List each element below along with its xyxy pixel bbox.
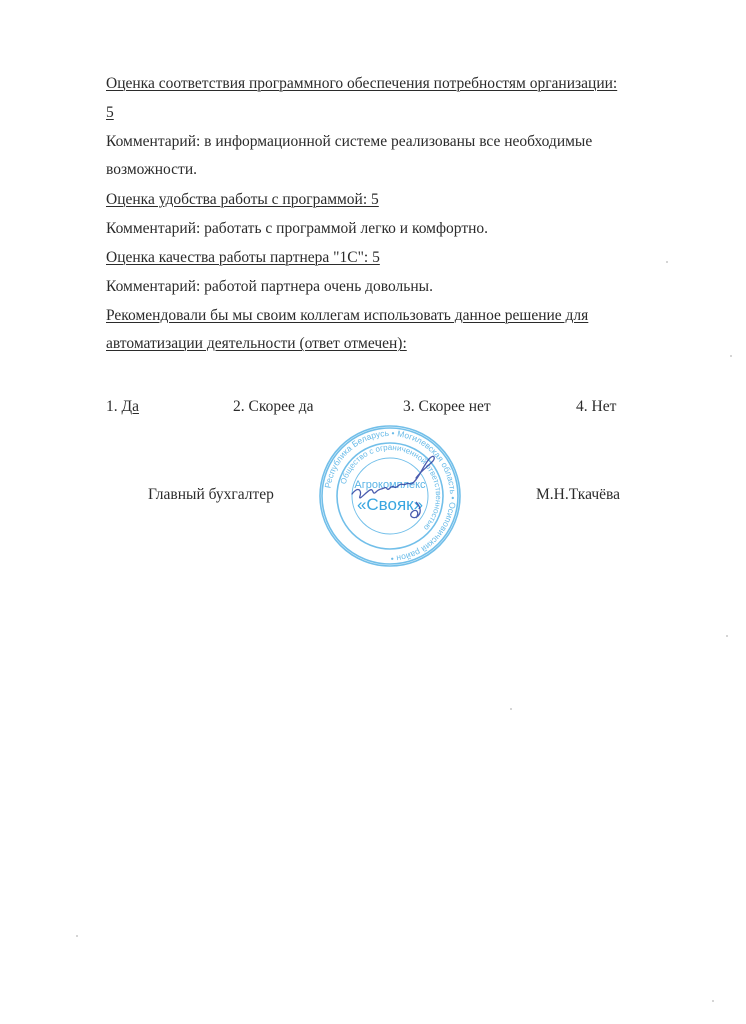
answer-option-1: 1. Да (106, 397, 139, 417)
scan-speck (666, 261, 668, 263)
scan-speck (510, 708, 512, 710)
answer-selected: Да (122, 398, 139, 415)
q4-heading-line1: Рекомендовали бы мы своим коллегам испол… (106, 306, 588, 326)
scan-speck (730, 355, 732, 357)
q4-heading-line2: автоматизации деятельности (ответ отмече… (106, 334, 407, 354)
stamp-seal-icon: Республика Беларусь • Могилевская област… (318, 424, 462, 568)
q2-comment: Комментарий: работать с программой легко… (106, 219, 488, 239)
q3-heading: Оценка качества работы партнера "1С": 5 (106, 248, 380, 268)
q1-comment-cont: возможности. (106, 160, 197, 180)
scan-speck (712, 1000, 714, 1002)
q2-heading: Оценка удобства работы с программой: 5 (106, 190, 379, 210)
signature-name: М.Н.Ткачёва (536, 485, 620, 505)
scan-speck (726, 635, 728, 637)
q1-heading: Оценка соответствия программного обеспеч… (106, 74, 617, 94)
q3-comment: Комментарий: работой партнера очень дово… (106, 277, 433, 297)
answer-option-2: 2. Скорее да (233, 397, 313, 417)
q1-score: 5 (106, 103, 114, 123)
answer-option-3: 3. Скорее нет (403, 397, 491, 417)
q1-comment: Комментарий: в информационной системе ре… (106, 132, 592, 152)
company-stamp: Республика Беларусь • Могилевская област… (318, 424, 462, 568)
answer-option-4: 4. Нет (576, 397, 616, 417)
document-page: Оценка соответствия программного обеспеч… (0, 0, 746, 1024)
scan-speck (76, 935, 78, 937)
signature-position: Главный бухгалтер (148, 485, 274, 505)
